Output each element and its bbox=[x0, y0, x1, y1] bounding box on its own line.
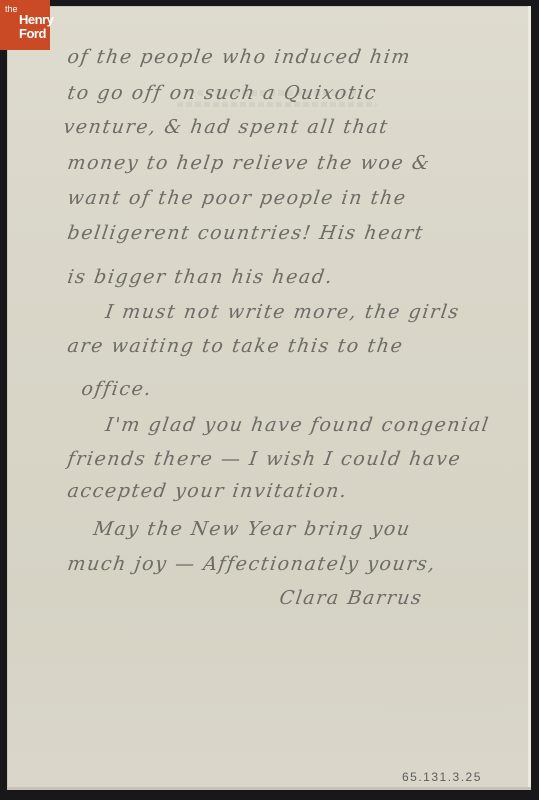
letter-line: is bigger than his head. bbox=[66, 266, 335, 288]
letter-line: money to help relieve the woe & bbox=[66, 152, 432, 174]
handwritten-letter: of the people who induced him to go off … bbox=[0, 0, 539, 800]
letter-line: office. bbox=[80, 378, 154, 400]
letter-line: want of the poor people in the bbox=[66, 187, 408, 209]
letter-line: friends there — I wish I could have bbox=[66, 448, 463, 470]
letter-line: I must not write more, the girls bbox=[104, 301, 461, 323]
signature: Clara Barrus bbox=[278, 587, 424, 609]
catalog-number: 65.131.3.25 bbox=[402, 770, 482, 784]
logo-ford: Ford bbox=[19, 27, 46, 40]
henry-ford-logo: the Henry Ford bbox=[0, 0, 50, 50]
logo-the: the bbox=[5, 5, 18, 14]
letter-line: venture, & had spent all that bbox=[62, 116, 390, 138]
letter-line: of the people who induced him bbox=[66, 46, 413, 68]
letter-line: May the New Year bring you bbox=[92, 518, 412, 540]
letter-line: are waiting to take this to the bbox=[66, 335, 405, 357]
letter-line: much joy — Affectionately yours, bbox=[66, 553, 438, 575]
letter-line: accepted your invitation. bbox=[66, 480, 349, 502]
logo-henry: Henry bbox=[19, 13, 53, 26]
letter-line: to go off on such a Quixotic bbox=[66, 82, 379, 104]
letter-line: I'm glad you have found congenial bbox=[104, 414, 491, 436]
letter-line: belligerent countries! His heart bbox=[66, 222, 426, 244]
